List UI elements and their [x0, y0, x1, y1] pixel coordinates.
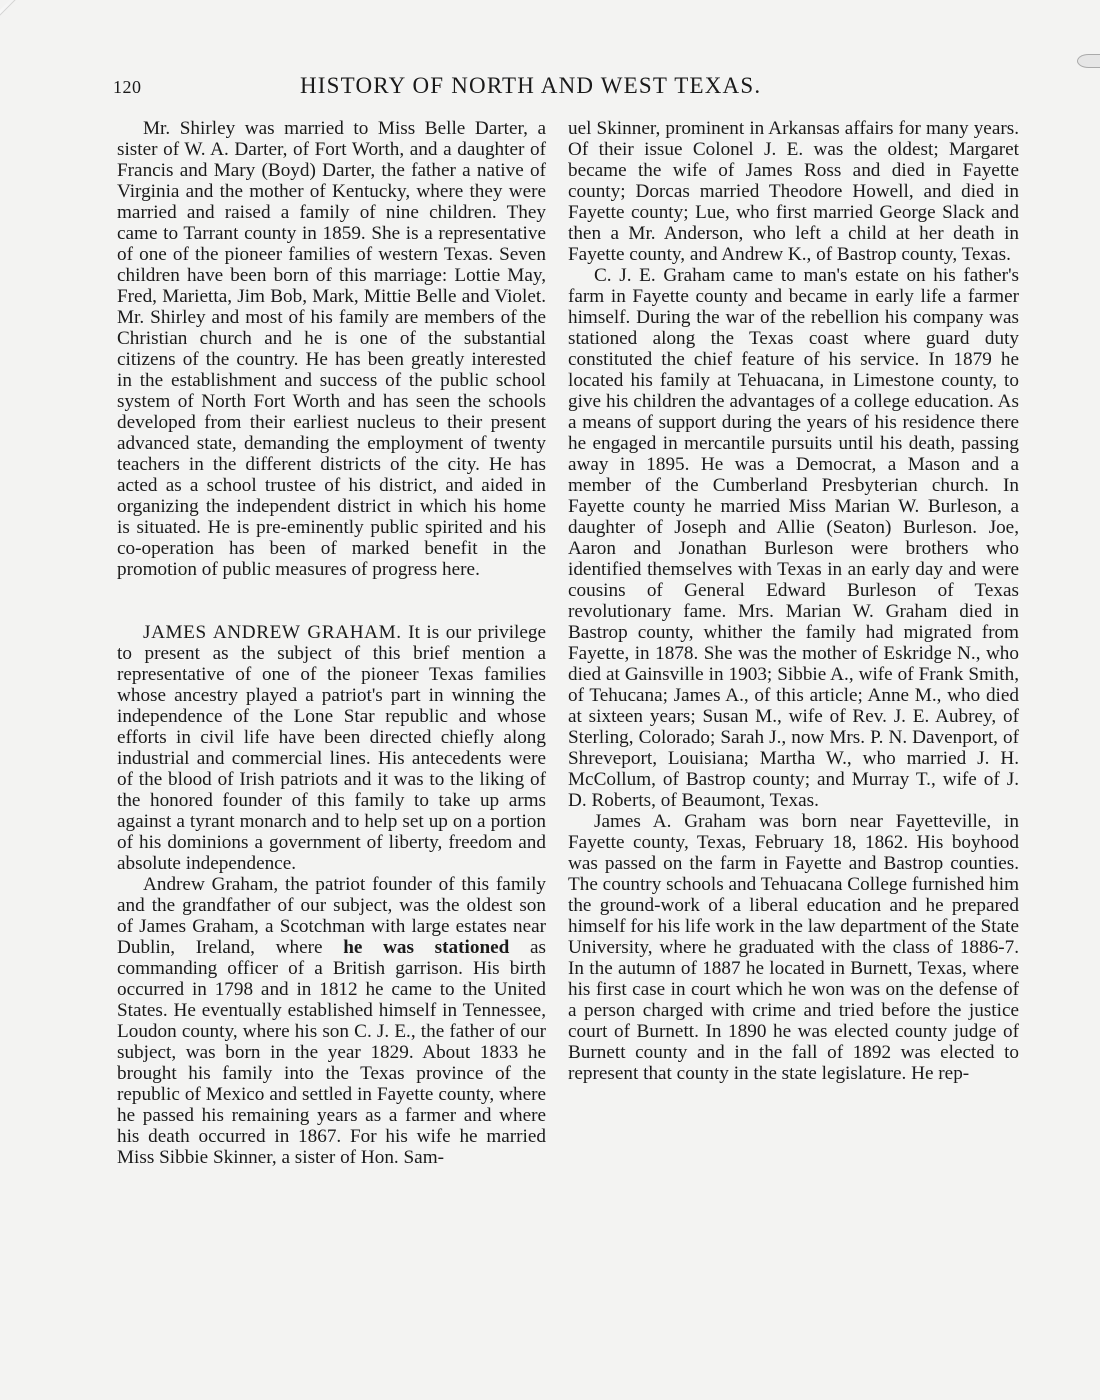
right-column: uel Skinner, prominent in Arkansas affai… [568, 118, 1019, 1084]
section-divider [117, 580, 546, 622]
page-number: 120 [113, 77, 142, 98]
section-heading: JAMES ANDREW GRAHAM. [143, 622, 402, 643]
paragraph-cje-graham: C. J. E. Graham came to man's estate on … [568, 265, 1019, 811]
paragraph-skinner-continuation: uel Skinner, prominent in Arkansas affai… [568, 118, 1019, 265]
paragraph-james-a-graham: James A. Graham was born near Fayettevil… [568, 811, 1019, 1084]
running-title: HISTORY OF NORTH AND WEST TEXAS. [300, 73, 761, 99]
paper-crease [0, 0, 95, 32]
paragraph-shirley-marriage: Mr. Shirley was married to Miss Belle Da… [117, 118, 546, 580]
running-head: 120 HISTORY OF NORTH AND WEST TEXAS. [113, 73, 1033, 103]
paper-corner-mark [1077, 54, 1100, 68]
graham-intro-text: It is our privilege to present as the su… [117, 622, 546, 874]
andrew-graham-text-2: as commanding officer of a British garri… [117, 937, 546, 1168]
left-column: Mr. Shirley was married to Miss Belle Da… [117, 118, 546, 1168]
paragraph-andrew-graham: Andrew Graham, the patriot founder of th… [117, 874, 546, 1168]
andrew-graham-bold-text: he was stationed [343, 937, 509, 958]
paragraph-graham-intro: JAMES ANDREW GRAHAM. It is our privilege… [117, 622, 546, 874]
